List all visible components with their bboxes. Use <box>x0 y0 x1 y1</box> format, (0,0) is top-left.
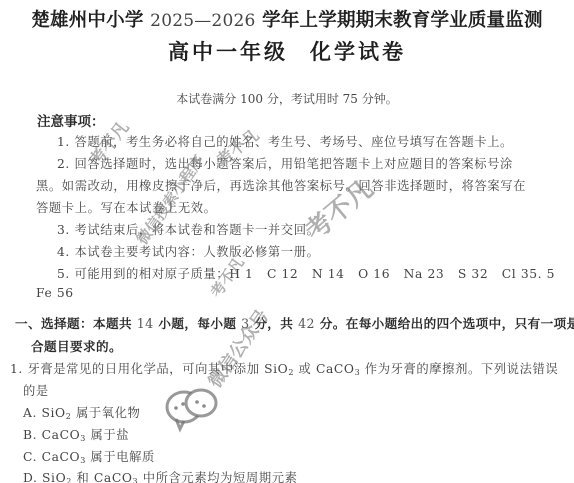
notice-item-5: 5. 可能用到的相对原子质量：H 1 C 12 N 14 O 16 Na 23 … <box>57 264 555 282</box>
title-region: 楚雄州中小学 <box>31 10 150 31</box>
notice-heading: 注意事项： <box>37 110 105 130</box>
points-total: 42 <box>298 316 315 331</box>
exam-title: 楚雄州中小学 2025—2026 学年上学期期末教育学业质量监测 <box>0 6 574 32</box>
stem-text: 1. 牙膏是常见的日用化学品，可向其中添加 SiO <box>10 362 288 376</box>
option-text: 属于氧化物 <box>71 406 140 420</box>
title-desc: 学年上学期期末教育学业质量监测 <box>256 10 543 31</box>
notice-item-2: 2. 回答选择题时，选出每小题答案后，用铅笔把答题卡上对应题目的答案标号涂 <box>57 154 513 172</box>
option-d: D. SiO2 和 CaCO3 中所含元素均为短周期元素 <box>23 468 298 483</box>
option-text: C. CaCO <box>23 450 80 464</box>
title-years: 2025—2026 <box>150 11 255 31</box>
notice-item-2-cont: 黑。如需改动，用橡皮擦干净后，再选涂其他答案标号。回答非选择题时，将答案写在 <box>36 176 526 194</box>
option-text: 属于盐 <box>86 428 129 442</box>
question-count: 14 <box>137 316 154 331</box>
option-text: 和 CaCO <box>72 471 133 483</box>
wechat-icon <box>164 385 222 435</box>
section-heading-text: 分，共 <box>250 316 299 331</box>
grade-label: 高中一年级 <box>168 40 288 64</box>
notice-item-4: 4. 本试卷主要考试内容：人教版必修第一册。 <box>57 242 319 260</box>
option-text: A. SiO <box>23 406 66 420</box>
option-text: B. CaCO <box>23 428 80 442</box>
notice-item-2-cont2: 答题卡上。写在本试卷上无效。 <box>36 198 217 216</box>
exam-page: 楚雄州中小学 2025—2026 学年上学期期末教育学业质量监测 高中一年级化学… <box>0 0 574 483</box>
question-1-stem-cont: 的是 <box>23 381 49 399</box>
notice-item-3: 3. 考试结束后，将本试卷和答题卡一并交回。 <box>57 220 319 238</box>
stem-text: 作为牙膏的摩擦剂。下列说法错误 <box>360 362 558 376</box>
option-b: B. CaCO3 属于盐 <box>23 425 129 443</box>
option-text: D. SiO <box>23 471 66 483</box>
section-heading: 一、选择题：本题共 14 小题，每小题 3 分，共 42 分。在每小题给出的四个… <box>15 313 574 332</box>
notice-item-1: 1. 答题前，考生务必将自己的姓名、考生号、考场号、座位号填写在答题卡上。 <box>57 132 513 150</box>
section-heading-text: 分。在每小题给出的四个选项中，只有一项是符 <box>315 316 574 331</box>
points-each: 3 <box>241 316 249 331</box>
stem-text: 或 CaCO <box>294 362 355 376</box>
option-a: A. SiO2 属于氧化物 <box>23 403 140 421</box>
option-c: C. CaCO3 属于电解质 <box>23 447 155 465</box>
question-1-stem: 1. 牙膏是常见的日用化学品，可向其中添加 SiO2 或 CaCO3 作为牙膏的… <box>10 359 558 377</box>
exam-info: 本试卷满分 100 分，考试用时 75 分钟。 <box>0 90 574 107</box>
option-text: 中所含元素均为短周期元素 <box>138 471 297 483</box>
exam-subtitle: 高中一年级化学试卷 <box>0 36 574 66</box>
section-heading-cont: 合题目要求的。 <box>31 336 122 355</box>
option-text: 属于电解质 <box>86 450 155 464</box>
subject-label: 化学试卷 <box>310 40 406 64</box>
section-heading-text: 一、选择题：本题共 <box>15 316 137 331</box>
notice-item-5-cont: Fe 56 <box>36 286 74 300</box>
section-heading-text: 小题，每小题 <box>154 316 242 331</box>
